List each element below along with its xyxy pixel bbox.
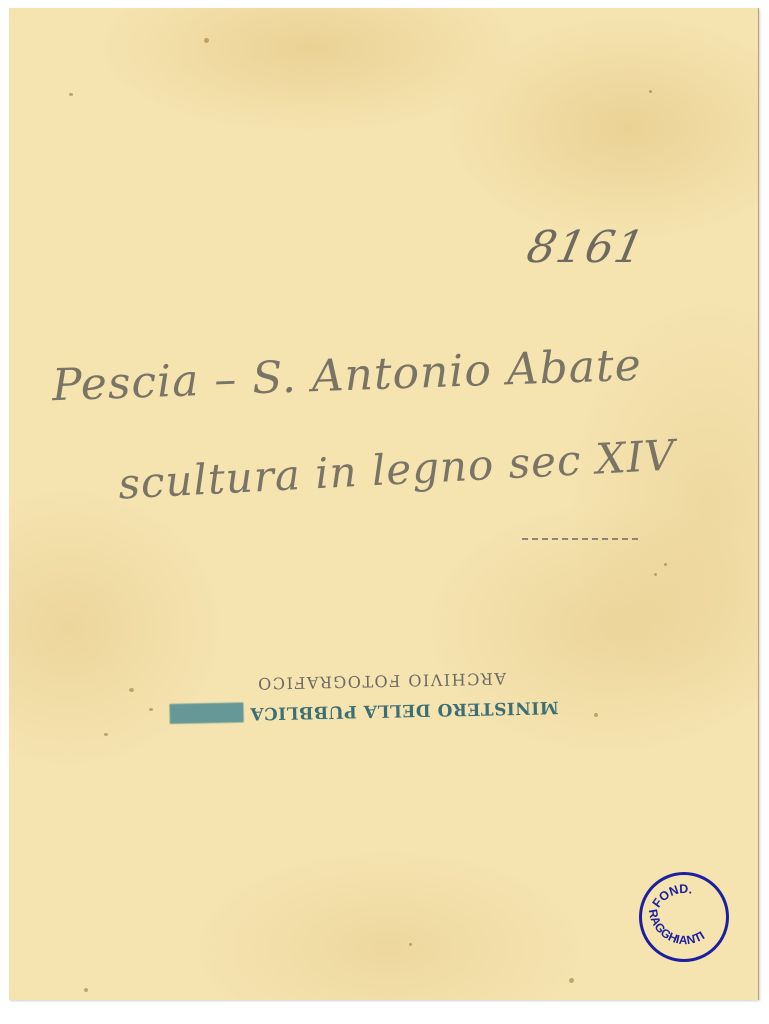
dashed-underline	[522, 538, 638, 540]
stamp-archive-line: ARCHIVIO FOTOGRAFICO	[256, 669, 506, 693]
stain-speck	[149, 708, 153, 711]
round-stamp-text-icon: FOND. RAGGHIANTI	[639, 872, 729, 962]
ministry-archive-stamp: MINISTERO DELLA PUBBLICA ARCHIVIO FOTOGR…	[245, 637, 567, 728]
stain-speck	[594, 713, 598, 717]
stamp-bottom-text: RAGGHIANTI	[646, 908, 707, 947]
stain-speck	[84, 988, 88, 992]
stamp-ministry-text: MINISTERO DELLA PUBBLICA	[250, 697, 559, 723]
stain-speck	[569, 978, 574, 983]
stain-speck	[69, 93, 73, 96]
stain-speck	[409, 943, 412, 946]
stain-speck	[204, 38, 209, 43]
stain-speck	[129, 688, 134, 692]
stamp-top-text: FOND.	[650, 882, 694, 910]
stain-speck	[104, 733, 108, 736]
fondazione-ragghianti-stamp: FOND. RAGGHIANTI	[639, 872, 729, 962]
stamp-ink-smudge	[170, 703, 244, 725]
stain-speck	[654, 573, 657, 576]
stain-speck	[664, 563, 667, 566]
stain-speck	[649, 90, 652, 93]
catalog-number: 8161	[523, 222, 650, 273]
